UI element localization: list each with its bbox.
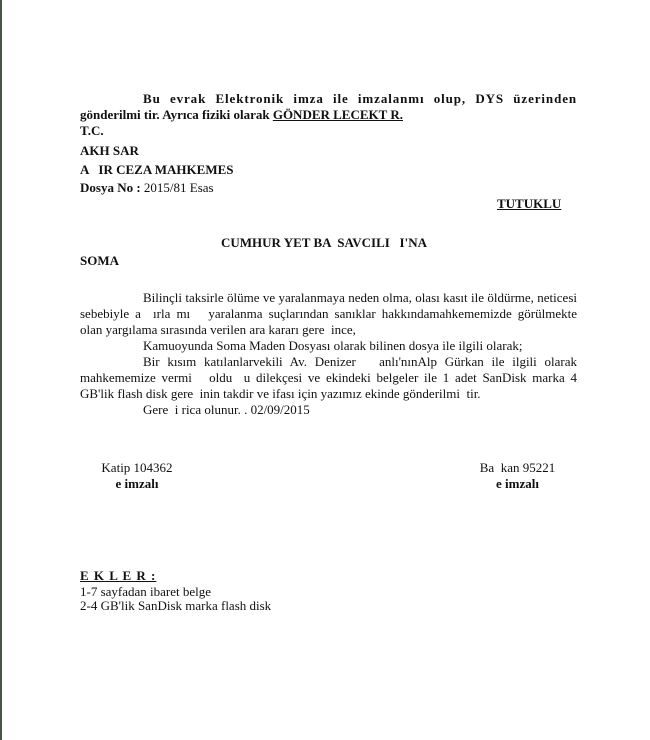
paragraph-line: olan yargılama sırasında verilen ara kar… xyxy=(80,322,577,338)
header-city: AKH SAR xyxy=(80,143,139,159)
paragraph-1: Bilinçli taksirle ölüme ve yaralanmaya n… xyxy=(80,290,577,338)
e-signature-notice-line2: gönderilmi tir. Ayrıca fiziki olarak GÖN… xyxy=(80,107,403,123)
signature-judge: Ba kan 95221 e imzalı xyxy=(470,460,565,492)
paragraph-line: mahkememize vermi oldu u dilekçesi ve ek… xyxy=(80,370,577,386)
signature-clerk: Katip 104362 e imzalı xyxy=(92,460,182,492)
signature-title: Katip 104362 xyxy=(92,460,182,476)
signature-status: e imzalı xyxy=(92,476,182,492)
case-number: Dosya No : 2015/81 Esas xyxy=(80,180,214,196)
paragraph-line: Kamuoyunda Soma Maden Dosyası olarak bil… xyxy=(80,338,577,354)
page-edge xyxy=(0,0,2,740)
header-tc: T.C. xyxy=(80,123,104,139)
signature-status: e imzalı xyxy=(470,476,565,492)
attachments-heading: E K L E R : xyxy=(80,568,156,584)
closing: Gere i rica olunur. . 02/09/2015 xyxy=(80,402,577,418)
paragraph-line: GB'lik flash disk gere inin takdir ve if… xyxy=(80,386,577,402)
closing-line: Gere i rica olunur. . 02/09/2015 xyxy=(80,402,577,418)
paragraph-2: Kamuoyunda Soma Maden Dosyası olarak bil… xyxy=(80,338,577,354)
paragraph-line: Bilinçli taksirle ölüme ve yaralanmaya n… xyxy=(80,290,577,306)
notice-text: gönderilmi tir. Ayrıca fiziki olarak xyxy=(80,107,273,122)
addressee-office: CUMHUR YET BA SAVCILI I'NA xyxy=(221,235,427,251)
header-court: A IR CEZA MAHKEMES xyxy=(80,162,234,178)
notice-emphasis: GÖNDER LECEKT R. xyxy=(273,107,403,122)
paragraph-line: sebebiyle a ırla mı yaralanma suçlarında… xyxy=(80,306,577,322)
case-value: 2015/81 Esas xyxy=(144,180,214,195)
e-signature-notice-line1: Bu evrak Elektronik imza ile imzalanmı o… xyxy=(80,91,577,107)
detention-status: TUTUKLU xyxy=(497,196,579,212)
signature-title: Ba kan 95221 xyxy=(470,460,565,476)
addressee-place: SOMA xyxy=(80,253,119,269)
paragraph-3: Bir kısım katılanlarvekili Av. Denizer a… xyxy=(80,354,577,402)
attachment-item: 2-4 GB'lik SanDisk marka flash disk xyxy=(80,598,271,614)
case-label: Dosya No : xyxy=(80,180,144,195)
paragraph-line: Bir kısım katılanlarvekili Av. Denizer a… xyxy=(80,354,577,370)
